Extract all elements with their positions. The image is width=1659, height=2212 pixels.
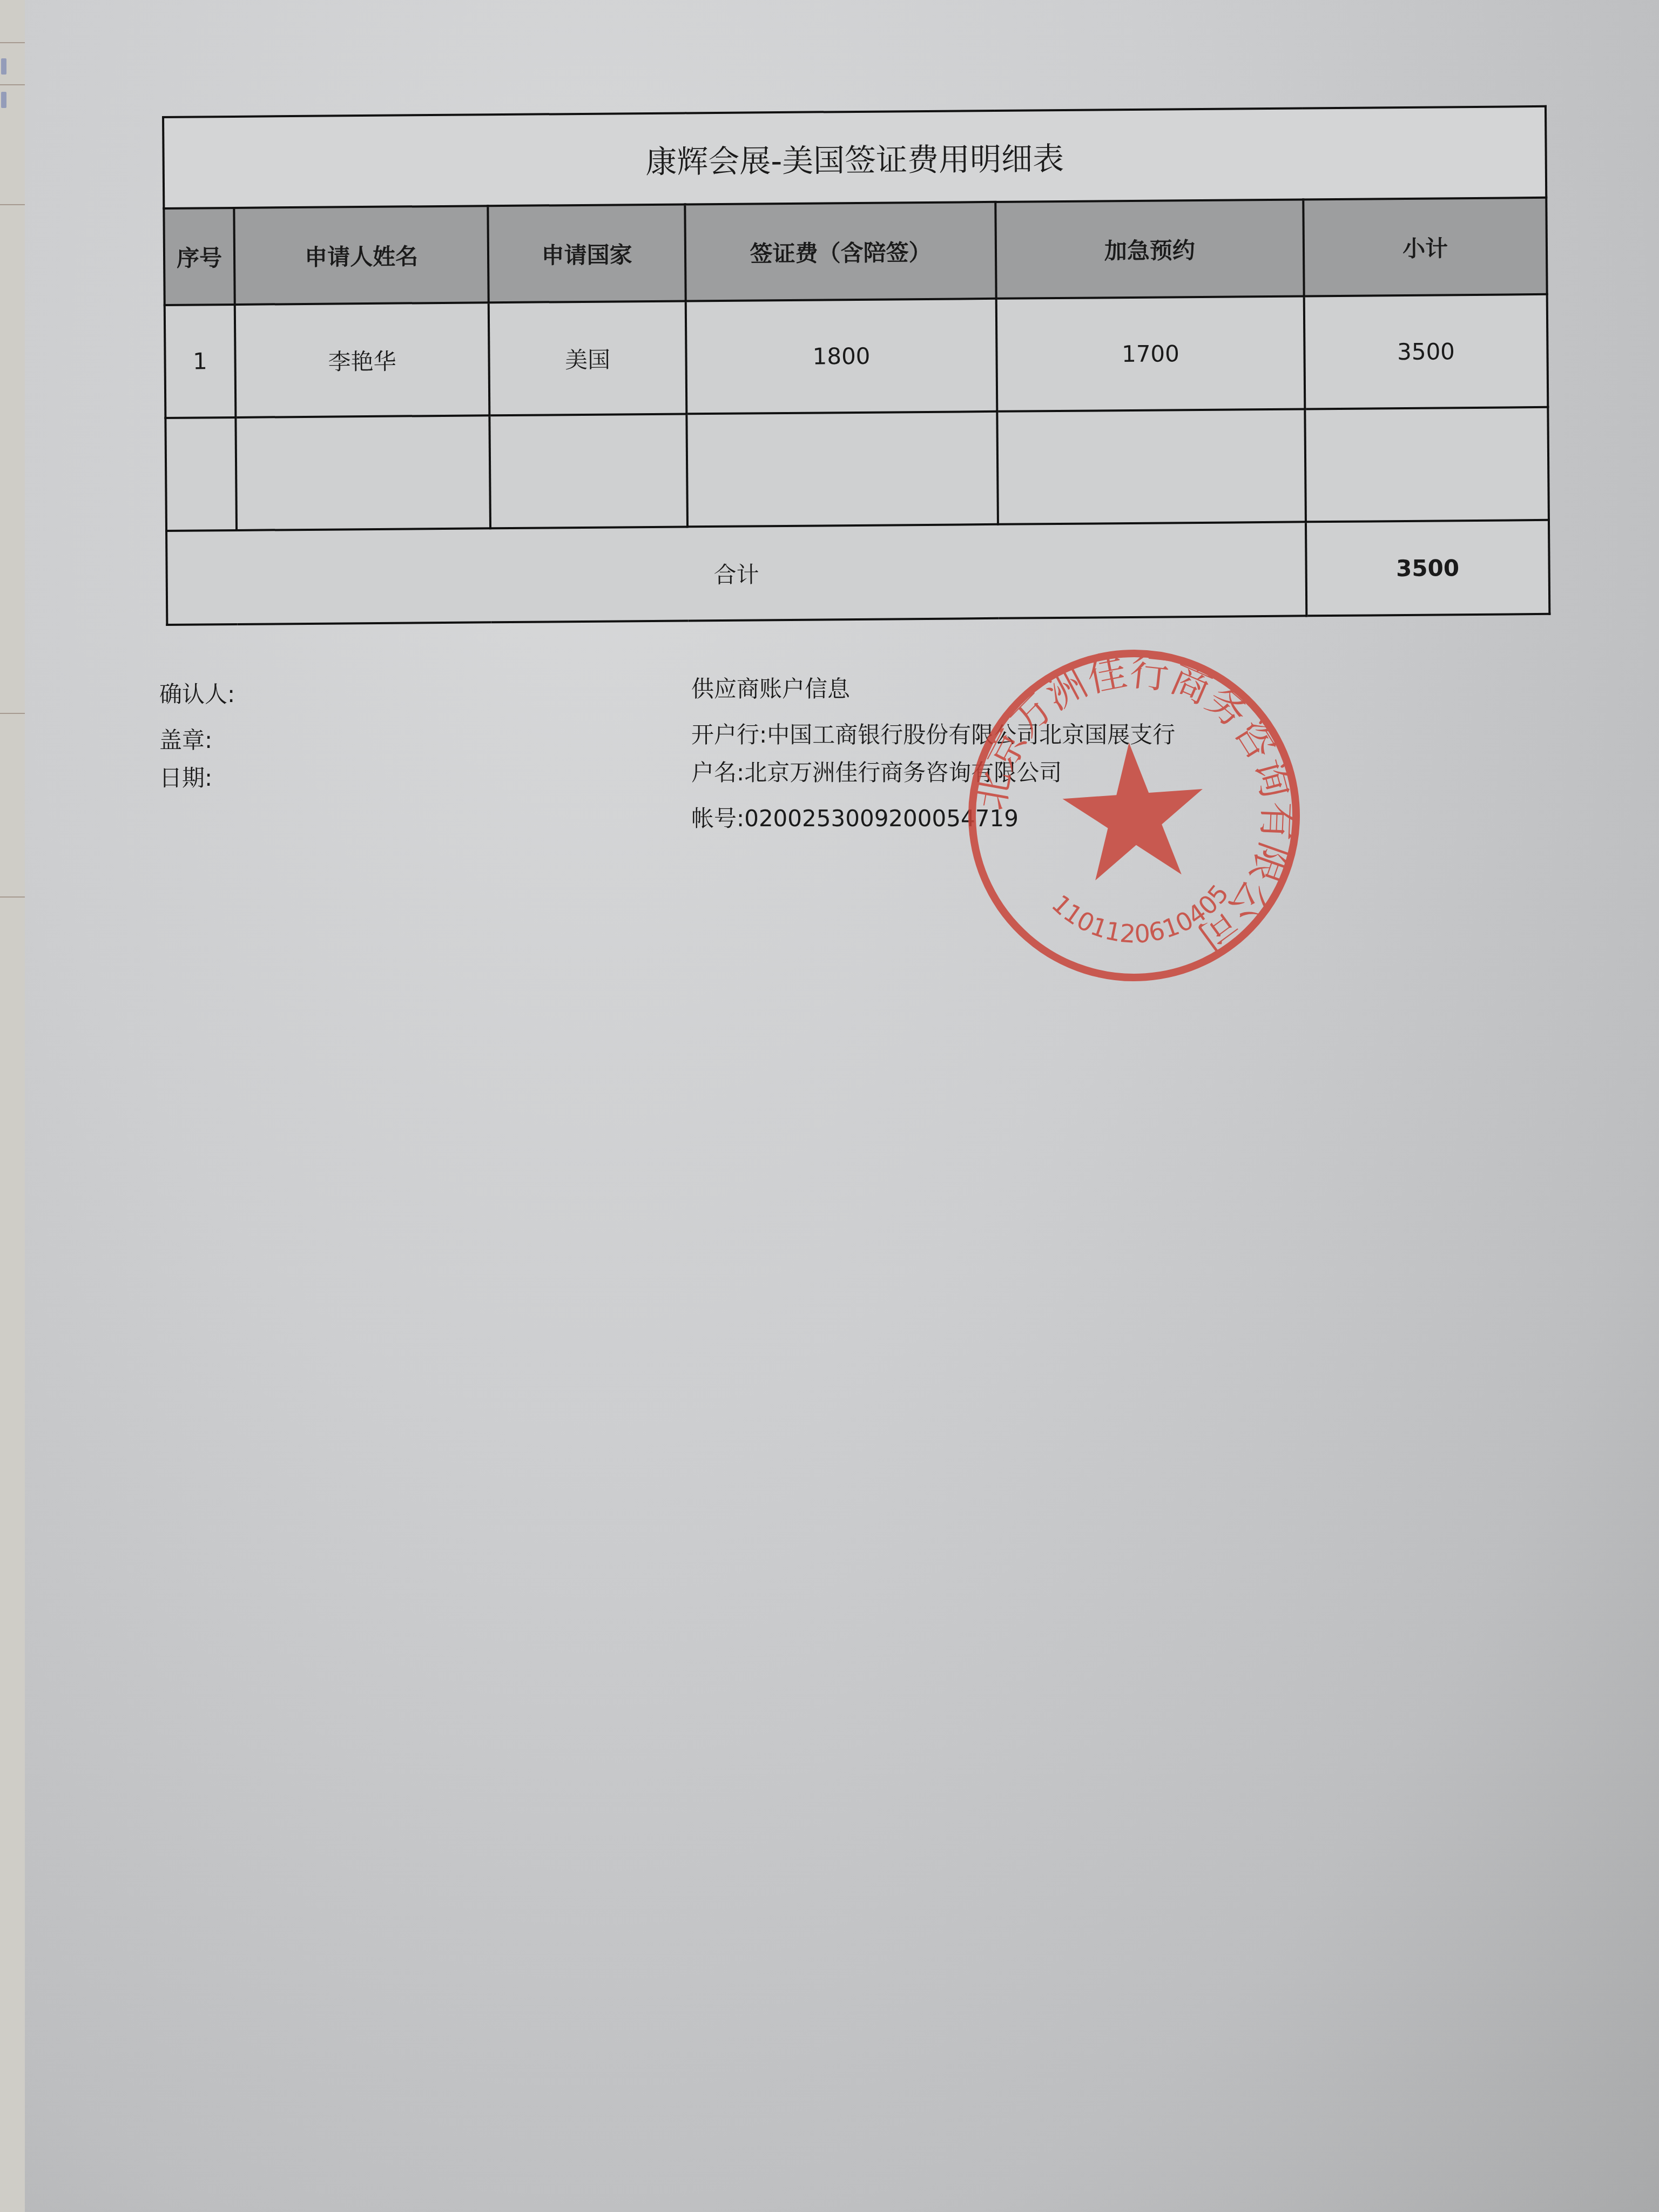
cell-subtotal (1305, 407, 1549, 522)
underlying-sheet-mark (1, 92, 6, 108)
cell-country (489, 414, 687, 528)
date-label: 日期: (159, 767, 212, 790)
account-number-label: 帐号: (691, 805, 744, 832)
supplier-heading: 供应商账户信息 (691, 678, 850, 700)
table-total-row: 合计 3500 (166, 520, 1549, 625)
total-value: 3500 (1306, 520, 1549, 616)
company-seal: 北京万洲佳行商务咨询有限公司 1101120610405 (953, 634, 1316, 997)
star-icon (1059, 738, 1209, 882)
underlying-sheet-mark (1, 58, 6, 75)
cell-seq (165, 417, 237, 531)
underlying-sheet-rule (0, 42, 25, 43)
table-row: 1 李艳华 美国 1800 1700 3500 (165, 294, 1548, 418)
cell-applicant-name (235, 415, 490, 530)
underlying-sheet-rule (0, 84, 25, 85)
underlying-sheet-edge (0, 0, 25, 2212)
table-title: 康辉会展-美国签证费用明细表 (163, 106, 1546, 208)
confirmer-label: 确认人: (159, 683, 235, 706)
bank-label: 开户行: (691, 721, 767, 748)
underlying-sheet-rule (0, 896, 25, 898)
cell-expedite-fee: 1700 (996, 296, 1305, 411)
table-row (165, 407, 1549, 531)
cell-visa-fee: 1800 (686, 299, 997, 414)
column-header-subtotal: 小计 (1303, 198, 1547, 296)
cell-visa-fee (686, 412, 998, 527)
cell-subtotal: 3500 (1304, 294, 1548, 409)
total-label: 合计 (166, 522, 1306, 625)
column-header-country: 申请国家 (488, 204, 685, 302)
table-header-row: 序号 申请人姓名 申请国家 签证费（含陪签） 加急预约 小计 (164, 198, 1547, 305)
account-name-label: 户名: (691, 759, 744, 786)
cell-applicant-name: 李艳华 (235, 302, 490, 417)
seal-label: 盖章: (159, 729, 212, 752)
column-header-applicant-name: 申请人姓名 (234, 206, 488, 305)
visa-fee-table: 康辉会展-美国签证费用明细表 序号 申请人姓名 申请国家 签证费（含陪签） 加急… (162, 105, 1550, 626)
underlying-sheet-rule (0, 713, 25, 714)
cell-expedite-fee (997, 409, 1306, 524)
cell-seq: 1 (165, 305, 236, 418)
column-header-visa-fee: 签证费（含陪签） (685, 202, 996, 301)
column-header-seq: 序号 (164, 208, 234, 305)
column-header-expedite-fee: 加急预约 (995, 199, 1304, 298)
cell-country: 美国 (489, 301, 687, 415)
underlying-sheet-rule (0, 204, 25, 205)
